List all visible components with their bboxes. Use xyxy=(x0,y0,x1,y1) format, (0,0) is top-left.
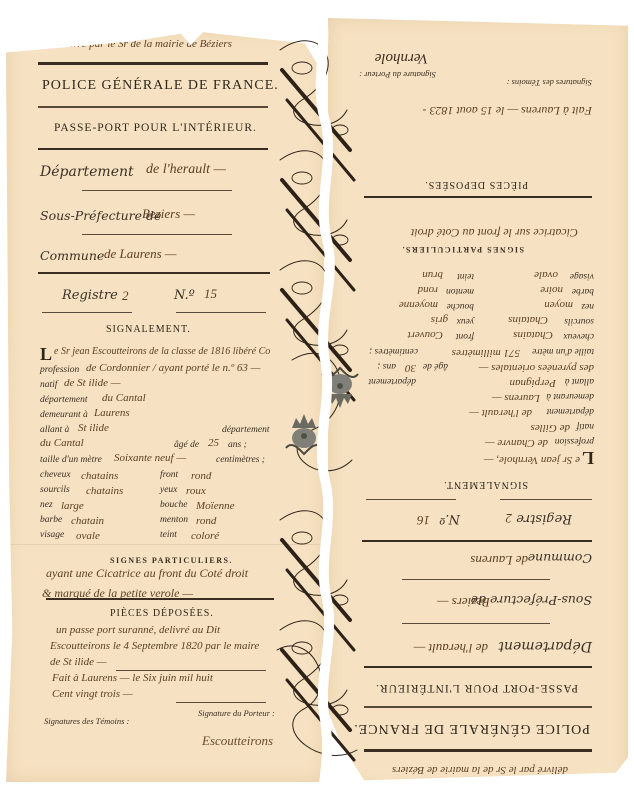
allant-dept-value: du Cantal xyxy=(40,437,84,449)
row-right-value: rond xyxy=(191,470,211,482)
rule xyxy=(500,499,592,500)
numero-value: 16 xyxy=(417,512,430,528)
demeurant-value: Laurens xyxy=(94,407,130,419)
row-left-label: visage xyxy=(570,271,594,281)
taille-label: taille d'un mètre xyxy=(532,346,594,356)
row-left-label: cheveux xyxy=(40,470,71,480)
rule xyxy=(364,749,592,752)
age-value: 25 xyxy=(208,437,219,449)
age-value: 30 xyxy=(405,362,416,374)
taille-value: 571 millimètres xyxy=(452,347,520,359)
natif-value: de St ilide — xyxy=(64,377,121,389)
registre-value: 2 xyxy=(506,510,513,526)
signes-title: SIGNES PARTICULIERS. xyxy=(401,245,524,254)
allant-value: St ilide xyxy=(78,422,109,434)
fait-line-2: Cent vingt trois — xyxy=(52,688,133,700)
profession-label: profession xyxy=(40,365,79,375)
rule xyxy=(176,702,266,703)
rule xyxy=(362,540,592,542)
age-unit: ans ; xyxy=(377,361,396,371)
signalement-title: SIGNALEMENT. xyxy=(106,324,191,335)
registre-value: 2 xyxy=(122,288,129,304)
pieces-title: PIÈCES DÉPOSÉES. xyxy=(110,608,214,619)
row-right-label: yeux xyxy=(160,485,177,495)
signalement-title: SIGNALEMENT. xyxy=(443,479,528,490)
row-right-value: rond xyxy=(418,284,438,296)
row-right-value: roux xyxy=(186,485,206,497)
departement-value: de l'herault — xyxy=(146,162,226,178)
subheading: PASSE-PORT POUR L'INTÉRIEUR. xyxy=(375,682,578,694)
header-note: délivré par le Sr de la mairie de Bézier… xyxy=(56,38,232,50)
rule xyxy=(38,148,268,150)
allant-label: allant à xyxy=(40,425,69,435)
pieces-title: PIÈCES DEPOSÉES. xyxy=(424,179,528,190)
registre-label: Registre xyxy=(516,511,572,526)
rule xyxy=(38,62,268,65)
row-right-label: menton xyxy=(446,286,474,296)
rule xyxy=(46,598,274,600)
rule xyxy=(116,670,266,671)
row-left-value: Chatains xyxy=(508,314,548,326)
rotated-content: délivré par le Sr de la mairie de Bézier… xyxy=(328,18,628,788)
profession-value: de Cordonnier / ayant porté le n.º 63 — xyxy=(86,362,260,374)
allant-dept-label: département xyxy=(369,376,417,386)
signatures-temoins-label: Signatures des Témoins : xyxy=(44,716,129,726)
row-right-value: Moïenne xyxy=(196,500,234,512)
row-right-value: gris xyxy=(431,314,448,326)
row-right-label: front xyxy=(160,470,178,480)
rule xyxy=(364,196,592,198)
row-left-label: visage xyxy=(40,530,64,540)
row-right-value: rond xyxy=(196,515,216,527)
commune-value: de Laurens xyxy=(470,552,528,568)
row-right-value: Couvert xyxy=(408,329,443,341)
row-right-label: bouche xyxy=(447,301,474,311)
header-note: délivré par le Sr de la mairie de Bézier… xyxy=(392,764,568,776)
passport-right-half: délivré par le Sr de la mairie de Bézier… xyxy=(328,18,628,788)
allant-value: Perpignan xyxy=(510,377,556,389)
demeurant-label: demeurant à xyxy=(546,391,594,401)
allant-label: allant à xyxy=(565,376,594,386)
signes-line-1: ayant une Cicatrice au front du Coté dro… xyxy=(46,566,248,581)
row-left-value: Chatains xyxy=(513,329,553,341)
departement-label: Département xyxy=(40,164,134,180)
taille-label: taille d'un mètre xyxy=(40,455,102,465)
row-right-label: bouche xyxy=(160,500,187,510)
rule xyxy=(402,579,550,580)
fait-line-1: Fait à Laurens — le Six juin mil huit xyxy=(52,672,213,684)
pieces-line-1: un passe port suranné, delivré au Dit xyxy=(56,624,220,636)
departement-label: Département xyxy=(498,638,592,654)
row-left-value: large xyxy=(61,500,84,512)
heading: POLICE GÉNÉRALE DE FRANCE. xyxy=(42,78,279,94)
pieces-line-3: de St ilide — xyxy=(50,656,107,668)
rule xyxy=(42,312,132,313)
sous-prefecture-value: Beziers — xyxy=(437,594,490,610)
rule xyxy=(82,190,232,191)
numero-label: N.º xyxy=(439,511,460,526)
row-right-value: moyenne xyxy=(399,299,438,311)
departement-label-2: département xyxy=(547,406,595,416)
porteur-signature: Vernhole xyxy=(375,49,428,66)
row-left-value: noire xyxy=(540,284,563,296)
sous-prefecture-value: Beziers — xyxy=(142,206,195,222)
signalement-line1: e Sr jean Escoutteirons de la classe de … xyxy=(54,346,270,357)
departement-value-2: de l'herault — xyxy=(469,407,532,419)
rule xyxy=(82,234,232,235)
commune-label: Commune xyxy=(528,551,592,566)
row-right-value: coloré xyxy=(191,530,219,542)
row-right-label: front xyxy=(456,331,474,341)
row-left-value: chatains xyxy=(86,485,123,497)
row-left-label: sourcils xyxy=(564,316,594,326)
signatures-temoins-label: Signatures des Témoins : xyxy=(507,78,592,88)
natif-label: natif xyxy=(40,380,57,390)
profession-value: de Chanvre — xyxy=(485,437,548,449)
heading: POLICE GÉNÉRALE DE FRANCE. xyxy=(353,720,590,736)
drop-cap: L xyxy=(581,447,594,468)
numero-label: N.º xyxy=(174,288,195,303)
departement-value-2: du Cantal xyxy=(102,392,146,404)
signes-title: SIGNES PARTICULIERS. xyxy=(110,556,233,565)
age-unit: ans ; xyxy=(228,440,247,450)
rule xyxy=(38,272,270,274)
departement-value: de l'herault — xyxy=(414,640,488,656)
demeurant-label: demeurant à xyxy=(40,410,88,420)
rule xyxy=(402,623,550,624)
row-left-label: cheveux xyxy=(563,331,594,341)
row-left-label: nez xyxy=(581,301,594,311)
age-label: âgé de xyxy=(174,440,199,450)
rule xyxy=(176,312,266,313)
row-right-value: brun xyxy=(422,269,443,281)
natif-value: de Gilles xyxy=(531,422,570,434)
row-left-value: ovale xyxy=(534,269,558,281)
row-left-value: moyen xyxy=(544,299,573,311)
rule xyxy=(364,706,592,708)
taille-value: Soixante neuf — xyxy=(114,452,186,464)
fait-line: Fait à Laurens — le 15 aout 1823 - xyxy=(422,103,592,118)
allant-dept-value: des pyrenées orientales — xyxy=(479,362,594,374)
age-label: âgé de xyxy=(423,361,448,371)
commune-label: Commune xyxy=(40,248,104,263)
row-right-label: yeux xyxy=(457,316,474,326)
signes-line-1: Cicatrice sur le front au Coté droit xyxy=(411,225,578,240)
departement-label-2: département xyxy=(40,395,88,405)
rule xyxy=(364,666,592,668)
signalement-line1: e Sr jean Vernhole, — xyxy=(484,454,580,466)
taille-unit: centimètres ; xyxy=(216,455,265,465)
natif-label: natif xyxy=(577,421,594,431)
row-left-value: ovale xyxy=(76,530,100,542)
row-left-value: chatains xyxy=(81,470,118,482)
row-left-label: nez xyxy=(40,500,53,510)
drop-cap: L xyxy=(40,344,53,365)
row-left-label: sourcils xyxy=(40,485,70,495)
profession-label: profession xyxy=(555,436,594,446)
row-left-label: barbe xyxy=(40,515,62,525)
row-right-label: teint xyxy=(160,530,177,540)
row-left-label: barbe xyxy=(572,286,594,296)
row-left-value: chatain xyxy=(71,515,104,527)
rule xyxy=(366,499,456,500)
subheading: PASSE-PORT POUR L'INTÉRIEUR. xyxy=(54,122,257,134)
row-right-label: menton xyxy=(160,515,188,525)
commune-value: de Laurens — xyxy=(104,246,176,262)
demeurant-value: Laurens — xyxy=(492,392,540,404)
pieces-line-2: Escoutteirons le 4 Septembre 1820 par le… xyxy=(50,640,259,652)
tear-gap xyxy=(300,0,340,800)
numero-value: 15 xyxy=(204,286,217,302)
registre-label: Registre xyxy=(62,288,118,303)
row-right-label: teint xyxy=(457,271,474,281)
rule xyxy=(38,106,268,108)
taille-unit: centimètres ; xyxy=(369,346,418,356)
